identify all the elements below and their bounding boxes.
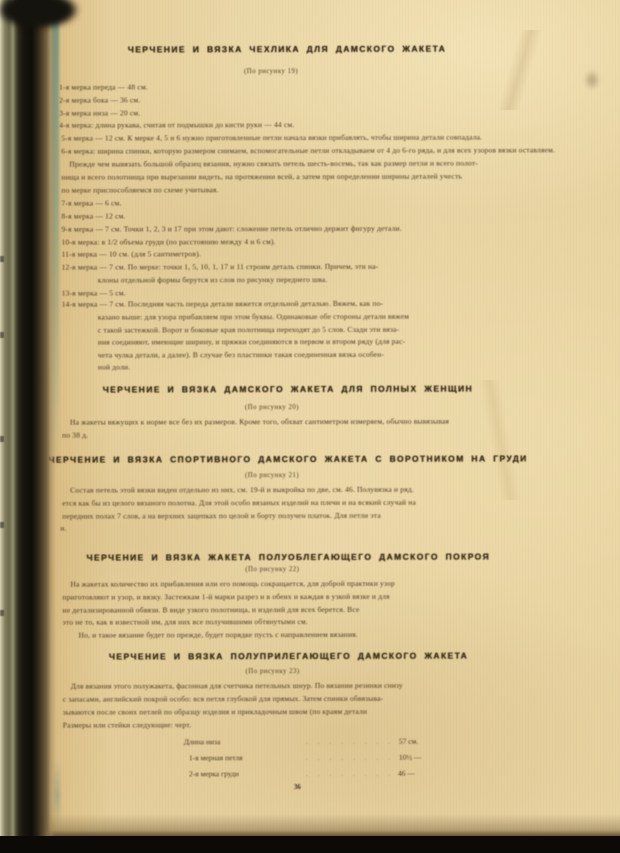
text-line: ния соединяют, имеющие ширину, и пряжки … (98, 336, 540, 347)
text-line: 2-я мерка бока — 36 см. (59, 95, 165, 105)
measurement-label: Длина низа (184, 737, 220, 746)
text-line: 11-я мерка — 10 см. (для 5 сантиметров). (62, 249, 277, 260)
text-line: 1-я мерка переда — 48 см. (59, 82, 171, 92)
text-line: На жакеты вяжущих к норме все без их раз… (70, 416, 542, 427)
text-line: 10-я мерка: в 1/2 объема груди (по расст… (62, 237, 394, 248)
text-line: зываются после своих петлей по образцу и… (63, 706, 559, 717)
text-line: клоны отдельной формы берутся из слов по… (98, 275, 416, 286)
showthrough-mark (0, 332, 4, 338)
section-heading: ЧЕРЧЕНИЕ И ВЯЗКА ЖАКЕТА ПОЛУОБЛЕГАЮЩЕГО … (31, 551, 545, 563)
text-line: по 38 д. (62, 431, 110, 441)
corner-shadow (0, 0, 94, 36)
showthrough-mark (0, 522, 4, 528)
book-board-bottom (0, 836, 620, 853)
section-heading: ЧЕРЧЕНИЕ И ВЯЗКА ЧЕХЛИКА ДЛЯ ДАМСКОГО ЖА… (30, 43, 544, 55)
showthrough-mark (0, 436, 4, 442)
figure-reference-subtitle: (По рисунку 20) (15, 402, 529, 412)
text-line: 13-я мерка — 5 см. (62, 288, 154, 298)
text-line: по мерке приспособляемся по схеме учитыв… (61, 185, 326, 196)
text-line: 12-я мерка — 7 см. По мерке: точки 1, 5,… (62, 261, 544, 272)
measurement-label: 2-я мерка груди (189, 769, 239, 778)
text-line: не детализированной обвязи. В виде узког… (62, 604, 552, 615)
text-line: это не то, как в известной им, для них в… (63, 617, 470, 628)
page-number: 36 (294, 784, 301, 791)
measurement-row: 2-я мерка груди. . . . . . . . .46 — (1, 768, 620, 782)
dotted-leader: . . . . . . . . . (306, 737, 391, 746)
figure-reference-subtitle: (По рисунку 21) (15, 470, 529, 480)
measurement-row: 1-я мерная петля. . . . . . . . .10½ — (1, 752, 620, 766)
scanned-book-photo: ЧЕРЧЕНИЕ И ВЯЗКА ЧЕХЛИКА ДЛЯ ДАМСКОГО ЖА… (0, 0, 620, 853)
text-line: 7-я мерка — 6 см. (61, 198, 181, 208)
book-binding-gutter (0, 0, 56, 853)
figure-reference-subtitle: (По рисунку 19) (14, 66, 528, 76)
text-line: 3-я мерка низа — 20 см. (59, 108, 159, 118)
text-line: 4-я мерка: длина рукава, считая от подмы… (59, 120, 311, 131)
text-line: 9-я мерка — 7 см. Точки 1, 2, 3 и 17 при… (61, 223, 506, 234)
text-line: 5-я мерка — 12 см. К мерке 4, 5 и 6 нужн… (61, 132, 509, 143)
text-line: с такой застежкой. Ворот и боковые края … (98, 324, 544, 335)
figure-reference-subtitle: (По рисунку 23) (16, 666, 530, 676)
dotted-leader: . . . . . . . . . (306, 769, 391, 778)
text-line: и. (60, 524, 72, 534)
measurement-value: 57 см. (399, 737, 418, 746)
text-line: нища и всего полотнища при вырезании вид… (61, 171, 555, 182)
text-line: Для вязания этого полужакета, фасонная д… (71, 680, 567, 691)
measurement-value: 46 — (398, 769, 415, 778)
text-line: 6-я мерка: ширина спинки, которую размер… (61, 145, 558, 156)
section-heading: ЧЕРЧЕНИЕ И ВЯЗКА ПОЛУПРИЛЕГАЮЩЕГО ДАМСКО… (32, 650, 546, 662)
text-line: Прежде чем вывязать большой образец вяза… (69, 158, 559, 169)
text-line: На жакетах количество их прибавления или… (70, 578, 556, 589)
showthrough-mark (0, 610, 4, 616)
text-line: чета чулка детали, а далее). В случае бе… (98, 349, 544, 360)
measurement-row: Длина низа. . . . . . . . .57 см. (1, 736, 620, 750)
text-line: 14-я мерка — 7 см. Последняя часть перед… (62, 298, 512, 309)
dotted-leader: . . . . . . . . . (306, 753, 391, 762)
text-line: ной доли. (98, 362, 184, 372)
text-line: казано выше: для узора прибавляем при эт… (98, 311, 540, 322)
text-line: с запасами, английский покрой особо: вся… (63, 693, 571, 704)
text-line: 8-я мерка — 12 см. (61, 211, 187, 221)
page-bottom-shadow (0, 814, 620, 836)
section-heading: ЧЕРЧЕНИЕ И ВЯЗКА СПОРТИВНОГО ДАМСКОГО ЖА… (31, 453, 545, 465)
section-heading: ЧЕРЧЕНИЕ И ВЯЗКА ДАМСКОГО ЖАКЕТА ДЛЯ ПОЛ… (31, 383, 545, 395)
measurement-label: 1-я мерная петля (189, 753, 243, 762)
figure-reference-subtitle: (По рисунку 22) (15, 564, 529, 574)
text-line: Но, и такое вязание будет по прежде, буд… (79, 629, 532, 640)
text-line: Размеры или стейки следующие: черт. (63, 720, 279, 731)
text-line: ется как бы из целого вязаного полотна. … (62, 497, 570, 508)
text-line: приготовляют и узор, и вязку. Застежкам … (62, 591, 568, 602)
page-text: ЧЕРЧЕНИЕ И ВЯЗКА ЧЕХЛИКА ДЛЯ ДАМСКОГО ЖА… (0, 0, 620, 837)
text-line: передних полах 7 слов, а на верхних заце… (62, 510, 549, 521)
measurement-value: 10½ — (399, 753, 422, 762)
text-line: Состав петель этой вязки виден отдельно … (70, 484, 552, 495)
showthrough-mark (0, 256, 4, 262)
